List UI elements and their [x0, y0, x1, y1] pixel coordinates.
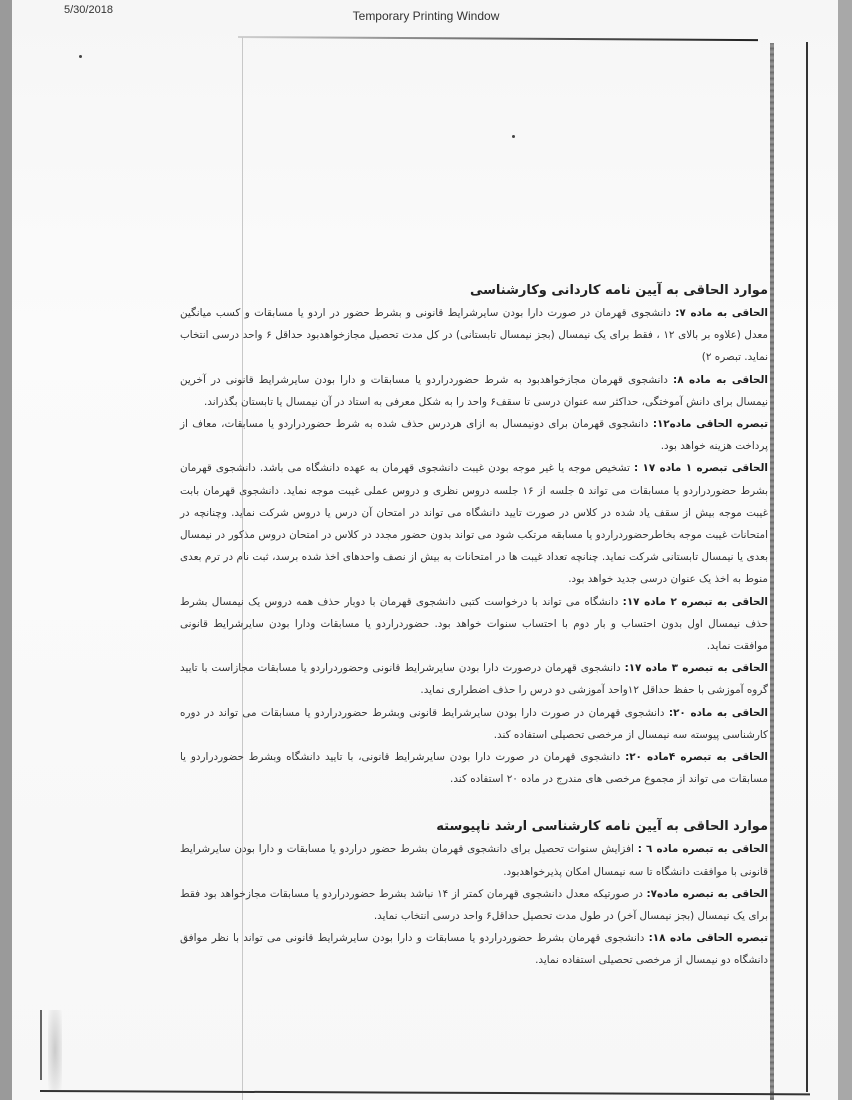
scan-left-edge	[0, 0, 12, 1100]
clause-label: الحاقی به تبصره ماده ٦ :	[638, 843, 768, 855]
clause-label: الحاقی به تبصره ۲ ماده ۱۷:	[623, 596, 768, 608]
scan-smudge	[48, 1010, 62, 1090]
clause-label: الحاقی به ماده ۲۰:	[669, 707, 768, 719]
clause-label: تبصره الحاقی ماده۱۲:	[653, 418, 768, 430]
clause-text: تشخیص موجه یا غیر موجه بودن غیبت دانشجوی…	[180, 462, 768, 585]
frame-right-outer-border	[806, 42, 808, 1092]
clause-label: الحاقی به تبصره ۴ماده ۲۰:	[625, 751, 768, 763]
clause-label: الحاقی به تبصره ۳ ماده ۱۷:	[625, 662, 768, 674]
clause: تبصره الحاقی ماده۱۲: دانشجوی قهرمان برای…	[180, 413, 768, 457]
section-bachelor-regulations: موارد الحاقی به آیین نامه کاردانی وکارشن…	[180, 280, 768, 790]
clause-label: الحاقی تبصره ۱ ماده ۱۷ :	[634, 462, 768, 474]
scan-speck	[79, 55, 82, 58]
clause: تبصره الحاقی ماده ۱۸: دانشجوی قهرمان بشر…	[180, 927, 768, 971]
section-masters-regulations: موارد الحاقی به آیین نامه کارشناسی ارشد …	[180, 816, 768, 971]
clause: الحاقی به تبصره ماده ٦ : افزایش سنوات تح…	[180, 838, 768, 882]
clause-label: الحاقی به ماده ۷:	[675, 307, 768, 319]
clause: الحاقی به ماده ۸: دانشجوی قهرمان مجازخوا…	[180, 369, 768, 413]
clause-label: تبصره الحاقی ماده ۱۸:	[649, 932, 768, 944]
clause: الحاقی به ماده ۲۰: دانشجوی قهرمان در صور…	[180, 702, 768, 746]
section-heading: موارد الحاقی به آیین نامه کارشناسی ارشد …	[180, 816, 768, 838]
clause: الحاقی به تبصره ۴ماده ۲۰: دانشجوی قهرمان…	[180, 746, 768, 790]
clause: الحاقی به ماده ۷: دانشجوی قهرمان در صورت…	[180, 302, 768, 369]
clause: الحاقی به تبصره ماده۷: در صورتیکه معدل د…	[180, 883, 768, 927]
section-heading: موارد الحاقی به آیین نامه کاردانی وکارشن…	[180, 280, 768, 302]
frame-right-inner-border	[770, 43, 774, 1100]
clause: الحاقی به تبصره ۳ ماده ۱۷: دانشجوی قهرما…	[180, 657, 768, 701]
clause: الحاقی تبصره ۱ ماده ۱۷ : تشخیص موجه یا غ…	[180, 457, 768, 590]
section-spacer	[180, 790, 768, 816]
scan-mark	[40, 1010, 42, 1080]
document-body: موارد الحاقی به آیین نامه کاردانی وکارشن…	[180, 280, 768, 972]
clause-label: الحاقی به تبصره ماده۷:	[647, 888, 768, 900]
print-window-title: Temporary Printing Window	[0, 9, 852, 23]
clause-label: الحاقی به ماده ۸:	[673, 374, 768, 386]
scan-right-edge	[838, 0, 852, 1100]
clause: الحاقی به تبصره ۲ ماده ۱۷: دانشگاه می تو…	[180, 591, 768, 658]
scan-speck	[512, 135, 515, 138]
